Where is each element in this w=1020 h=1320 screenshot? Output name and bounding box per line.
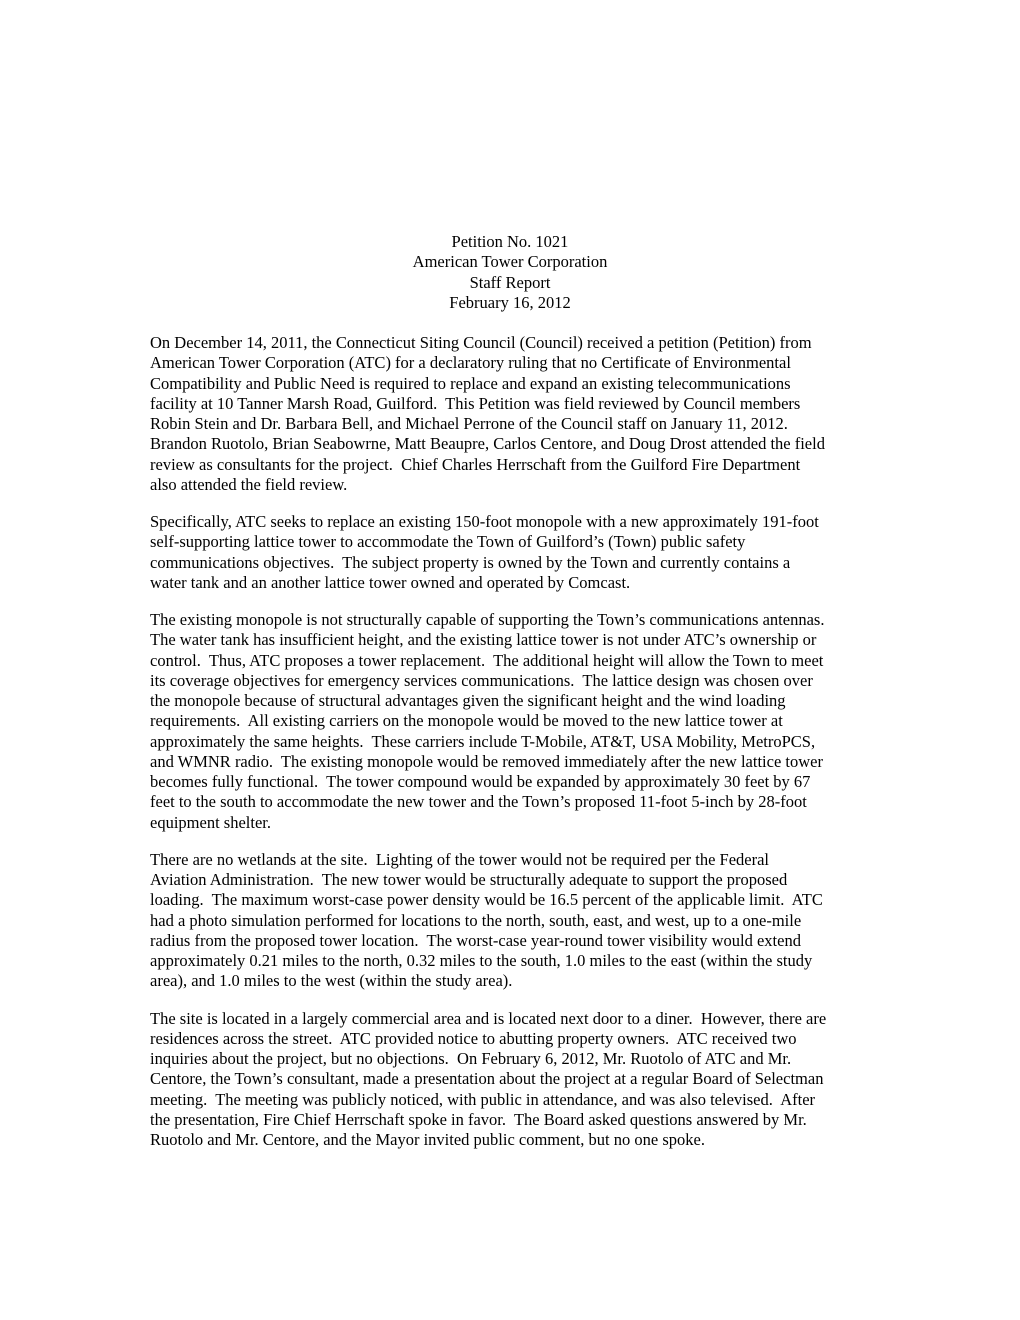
header-report-type: Staff Report [150, 273, 870, 293]
header-organization: American Tower Corporation [150, 252, 870, 272]
document-page: Petition No. 1021 American Tower Corpora… [0, 0, 1020, 1320]
document-header: Petition No. 1021 American Tower Corpora… [150, 232, 870, 313]
paragraph-environmental: There are no wetlands at the site. Light… [150, 850, 870, 992]
paragraph-structural-need: The existing monopole is not structurall… [150, 610, 870, 833]
header-petition-number: Petition No. 1021 [150, 232, 870, 252]
paragraph-introduction: On December 14, 2011, the Connecticut Si… [150, 333, 870, 495]
paragraph-public-comment: The site is located in a largely commerc… [150, 1009, 870, 1151]
paragraph-proposal: Specifically, ATC seeks to replace an ex… [150, 512, 870, 593]
header-date: February 16, 2012 [150, 293, 870, 313]
